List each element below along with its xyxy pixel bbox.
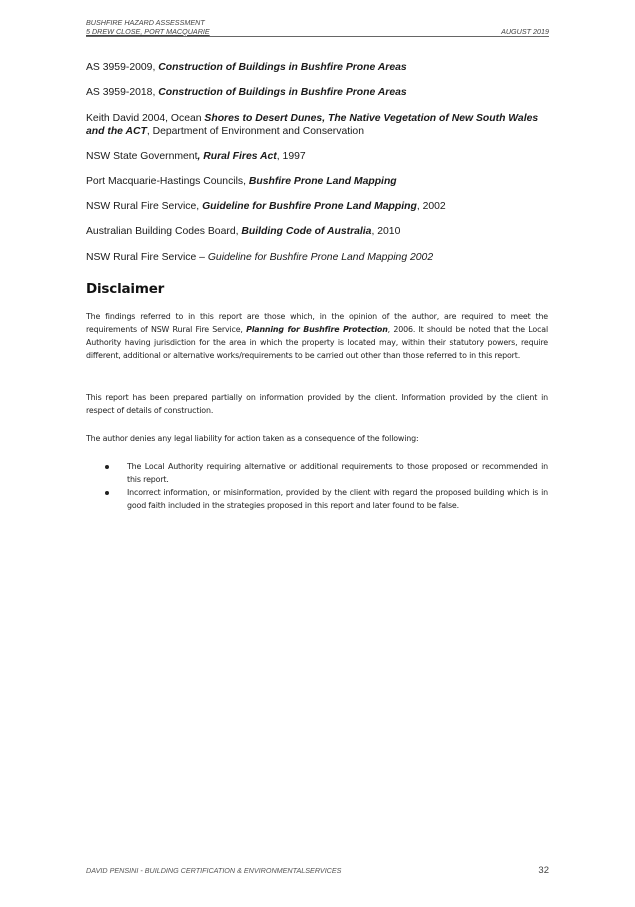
- reference-title: Guideline for Bushfire Prone Land Mappin…: [208, 252, 433, 263]
- page-number: 32: [538, 865, 549, 876]
- reference-item: Australian Building Codes Board, Buildin…: [86, 226, 556, 239]
- reference-item: AS 3959-2018, Construction of Buildings …: [86, 87, 556, 100]
- reference-title: , Rural Fires Act: [197, 151, 276, 162]
- disclaimer-paragraph-3: The author denies any legal liability fo…: [86, 432, 548, 445]
- disclaimer-paragraph-2: This report has been prepared partially …: [86, 391, 548, 417]
- reference-title: Construction of Buildings in Bushfire Pr…: [158, 87, 406, 98]
- list-item-text: The Local Authority requiring alternativ…: [127, 462, 548, 484]
- bullet-icon: [105, 465, 109, 469]
- bullet-icon: [105, 491, 109, 495]
- reference-suffix: , 2010: [371, 226, 400, 237]
- reference-item: AS 3959-2009, Construction of Buildings …: [86, 62, 556, 75]
- reference-author: NSW State Government: [86, 151, 197, 162]
- disclaimer-heading: Disclaimer: [86, 281, 164, 297]
- reference-suffix: , Department of Environment and Conserva…: [147, 126, 364, 137]
- reference-title: Building Code of Australia: [241, 226, 371, 237]
- reference-item: Port Macquarie-Hastings Councils, Bushfi…: [86, 176, 556, 189]
- header-rule: 5 DREW CLOSE, PORT MACQUARIE AUGUST 2019: [86, 28, 549, 38]
- header-address: 5 DREW CLOSE, PORT MACQUARIE: [86, 28, 210, 37]
- reference-author: NSW Rural Fire Service,: [86, 201, 202, 212]
- list-item: The Local Authority requiring alternativ…: [86, 460, 548, 486]
- reference-title: Construction of Buildings in Bushfire Pr…: [158, 62, 406, 73]
- reference-author: NSW Rural Fire Service –: [86, 252, 208, 263]
- reference-title: Guideline for Bushfire Prone Land Mappin…: [202, 201, 417, 212]
- page-header: BUSHFIRE HAZARD ASSESSMENT 5 DREW CLOSE,…: [86, 19, 549, 37]
- document-page: BUSHFIRE HAZARD ASSESSMENT 5 DREW CLOSE,…: [0, 0, 635, 907]
- reference-item: NSW Rural Fire Service – Guideline for B…: [86, 252, 556, 265]
- liability-list: The Local Authority requiring alternativ…: [86, 460, 548, 512]
- disclaimer-paragraph-1: The findings referred to in this report …: [86, 310, 548, 362]
- reference-item: NSW Rural Fire Service, Guideline for Bu…: [86, 201, 556, 214]
- page-footer: DAVID PENSINI - BUILDING CERTIFICATION &…: [86, 866, 549, 876]
- reference-suffix: , 2002: [417, 201, 446, 212]
- reference-item: Keith David 2004, Ocean Shores to Desert…: [86, 113, 556, 138]
- publication-title: Planning for Bushfire Protection: [246, 325, 388, 334]
- header-date: AUGUST 2019: [501, 28, 549, 37]
- reference-author: Keith David 2004, Ocean: [86, 113, 204, 124]
- reference-author: Port Macquarie-Hastings Councils,: [86, 176, 249, 187]
- reference-author: AS 3959-2009,: [86, 62, 158, 73]
- reference-item: NSW State Government, Rural Fires Act, 1…: [86, 151, 556, 164]
- reference-title: Bushfire Prone Land Mapping: [249, 176, 397, 187]
- list-item: Incorrect information, or misinformation…: [86, 486, 548, 512]
- reference-author: Australian Building Codes Board,: [86, 226, 241, 237]
- list-item-text: Incorrect information, or misinformation…: [127, 488, 548, 510]
- footer-company: DAVID PENSINI - BUILDING CERTIFICATION &…: [86, 866, 341, 876]
- reference-author: AS 3959-2018,: [86, 87, 158, 98]
- reference-suffix: , 1997: [277, 151, 306, 162]
